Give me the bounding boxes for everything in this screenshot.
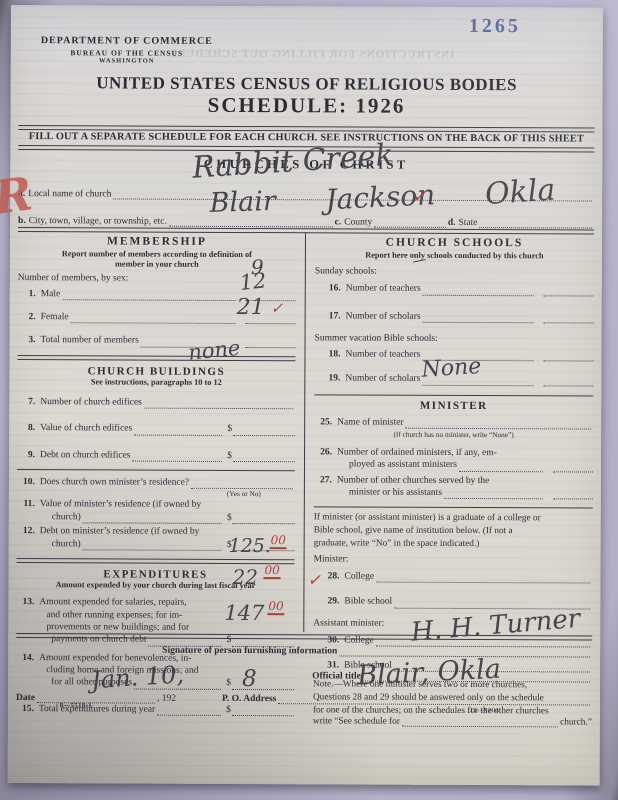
- q18-number: 18.: [322, 348, 340, 360]
- q9-answer-slot: [233, 458, 295, 462]
- q25-line: [406, 425, 592, 430]
- q2-label: Female: [41, 311, 69, 323]
- q11-label-cont: church): [40, 511, 81, 524]
- q26-line: [459, 468, 543, 472]
- question-3-total: 3. Total number of members: [18, 334, 296, 348]
- q28-line: [376, 579, 590, 584]
- q18-line: [422, 357, 533, 361]
- q2-number: 2.: [18, 311, 36, 323]
- q14-answer-slot: [232, 686, 294, 690]
- q13-label: Amount expended for salaries, repairs, a…: [39, 596, 294, 634]
- q26-number: 26.: [314, 446, 332, 458]
- q17-answer-slot: [544, 319, 594, 323]
- date-label: Date: [16, 693, 35, 703]
- q27-label: Number of other churches served by the: [337, 474, 593, 487]
- denomination-heading: CHURCHES OF CHRIST: [10, 156, 602, 174]
- q19-label: Number of scholars: [345, 373, 420, 386]
- q12-dollar: $: [227, 538, 232, 550]
- q15-answer-slot: [232, 712, 294, 716]
- q17-number: 17.: [323, 310, 341, 322]
- q8-number: 8.: [17, 422, 35, 434]
- q26-label-cont: ployed as assistant ministers: [337, 459, 457, 472]
- q15-label: Total expenditures during year: [39, 703, 155, 716]
- q1-number: 1.: [18, 288, 36, 300]
- agency-block: DEPARTMENT OF COMMERCE BUREAU OF THE CEN…: [41, 35, 213, 66]
- field-d-number: d.: [448, 218, 456, 228]
- q19-line: [422, 382, 533, 386]
- agency-city: WASHINGTON: [41, 57, 213, 66]
- note-line: [402, 723, 558, 728]
- q10-label: Does church own minister’s residence?: [40, 476, 189, 489]
- question-16-teachers: 16. Number of teachers: [315, 283, 594, 297]
- q27-answer-slot: [553, 496, 593, 500]
- photo-background: INSTRUCTIONS FOR FILLING OUT SCHEDULE 12…: [0, 0, 618, 800]
- q9-line: [132, 458, 222, 462]
- buildings-subheading: See instructions, paragraphs 10 to 12: [17, 377, 295, 389]
- field-b-label: City, town, village, or township, etc.: [29, 216, 167, 227]
- field-b-line: [169, 223, 333, 228]
- field-a-line: [113, 195, 592, 201]
- membership-subheading: Report number of members according to de…: [18, 249, 296, 271]
- q26-answer-slot: [553, 468, 593, 472]
- expenditures-rule: [17, 558, 295, 564]
- q16-answer-slot: [544, 292, 594, 296]
- q1-line: [62, 296, 235, 301]
- q11-number: 11.: [17, 499, 35, 511]
- agency-department: DEPARTMENT OF COMMERCE: [41, 35, 213, 48]
- year-printed: , 192: [157, 694, 176, 704]
- banner-instruction: FILL OUT A SEPARATE SCHEDULE FOR EACH CH…: [10, 131, 602, 145]
- question-15-total-expenditures: 15. Total expenditures during year $: [16, 703, 294, 717]
- q1-label: Male: [41, 288, 61, 300]
- q27-number: 27.: [314, 474, 332, 486]
- date-line: [37, 699, 155, 704]
- q12-line: [83, 546, 222, 551]
- field-a-label: Local name of church: [28, 189, 111, 199]
- q1-answer-slot: [246, 297, 296, 301]
- q10-number: 10.: [17, 476, 35, 488]
- q11-answer-slot: [233, 520, 295, 524]
- q16-number: 16.: [323, 283, 341, 295]
- q10-hint: (Yes or No): [17, 489, 295, 499]
- banner-rule-bottom: [18, 145, 594, 153]
- q9-dollar: $: [227, 450, 232, 462]
- signature-label: Signature of person furnishing informati…: [162, 646, 337, 657]
- q2-answer-slot: [246, 320, 296, 324]
- q12-label: Debt on minister’s residence (if owned b…: [40, 525, 295, 538]
- q8-answer-slot: [233, 432, 295, 436]
- q8-label: Value of church edifices: [40, 423, 132, 436]
- q11-dollar: $: [227, 512, 232, 524]
- q3-line: [141, 343, 236, 347]
- question-12-residence-debt: 12. Debt on minister’s residence (if own…: [17, 525, 295, 551]
- question-18-teachers: 18. Number of teachers: [314, 348, 593, 362]
- q25-label: Name of minister: [337, 416, 404, 429]
- q27-line: [444, 495, 543, 499]
- form-schedule-title: SCHEDULE: 1926: [11, 92, 603, 120]
- q12-label-cont: church): [40, 538, 81, 551]
- form-number: 8—5518-1: [60, 702, 92, 709]
- q7-line: [144, 405, 293, 410]
- q17-label: Number of scholars: [346, 310, 421, 323]
- official-title-label: Official title: [312, 671, 361, 681]
- minister-rule: [314, 394, 593, 396]
- q7-number: 7.: [17, 396, 35, 408]
- two-column-body: MEMBERSHIP Report number of members acco…: [16, 231, 594, 634]
- q29-line: [394, 604, 590, 609]
- signature-line: [339, 652, 590, 657]
- minister-group-label: Minister:: [314, 554, 593, 565]
- field-local-name: a. Local name of church: [18, 189, 594, 202]
- question-11-residence-value: 11. Value of minister’s residence (if ow…: [17, 499, 295, 525]
- q11-label: Value of minister’s residence (if owned …: [40, 499, 295, 512]
- question-19-scholars: 19. Number of scholars: [314, 373, 593, 387]
- graduate-rule: [314, 507, 593, 509]
- sunday-schools-group: Sunday schools:: [315, 267, 594, 278]
- field-a-number: a.: [18, 189, 25, 199]
- q31-number: 31.: [321, 659, 339, 671]
- schools-subheading: Report here only schools conducted by th…: [315, 250, 594, 262]
- bible-schools-group: Summer vacation Bible schools:: [315, 333, 594, 344]
- census-form-paper: INSTRUCTIONS FOR FILLING OUT SCHEDULE 12…: [8, 5, 603, 786]
- minister-heading: MINISTER: [314, 399, 593, 412]
- field-c-label: County: [344, 217, 372, 227]
- field-c-line: [374, 224, 446, 228]
- right-column: CHURCH SCHOOLS Report here only schools …: [304, 232, 594, 633]
- field-d-line: [479, 224, 592, 228]
- q8-dollar: $: [227, 423, 232, 435]
- q14-line: [134, 685, 221, 689]
- question-10-own-residence: 10. Does church own minister’s residence…: [17, 476, 295, 490]
- question-2-female: 2. Female: [18, 311, 296, 325]
- q28-number: 28.: [321, 570, 339, 582]
- field-b-number: b.: [18, 216, 26, 226]
- question-26-assistant-ministers: 26. Number of ordained ministers, if any…: [314, 446, 593, 472]
- q17-line: [423, 319, 534, 323]
- expenditures-subheading: Amount expended by your church during la…: [16, 580, 294, 592]
- left-column: MEMBERSHIP Report number of members acco…: [16, 231, 306, 632]
- q19-answer-slot: [543, 382, 593, 386]
- q3-answer-slot: [246, 344, 296, 348]
- q28-label: College: [344, 571, 374, 583]
- q12-number: 12.: [17, 525, 35, 537]
- question-7-edifices: 7. Number of church edifices: [17, 396, 295, 410]
- q13-number: 13.: [16, 596, 34, 608]
- note-last-text: write “See schedule for: [313, 716, 400, 726]
- q25-hint: (If church has no minister, write “None”…: [314, 429, 593, 439]
- q18-label: Number of teachers: [345, 349, 420, 362]
- q3-number: 3.: [18, 334, 36, 346]
- question-1-male: 1. Male: [18, 288, 296, 302]
- note-last-line: write “See schedule for church.”: [313, 716, 592, 727]
- field-d-label: State: [458, 218, 477, 228]
- membership-intro: Number of members, by sex:: [18, 273, 296, 284]
- print-code: 11—9204: [470, 707, 499, 714]
- q9-label: Debt on church edifices: [40, 449, 131, 462]
- po-address-label: P. O. Address: [222, 694, 276, 704]
- q19-number: 19.: [322, 373, 340, 385]
- q9-number: 9.: [17, 449, 35, 461]
- q18-answer-slot: [543, 358, 593, 362]
- schools-heading: CHURCH SCHOOLS: [315, 236, 594, 249]
- q2-line: [71, 320, 236, 325]
- question-25-minister-name: 25. Name of minister: [314, 416, 593, 430]
- question-29-bible-school: 29. Bible school: [313, 596, 592, 610]
- q26-label: Number of ordained ministers, if any, em…: [337, 447, 593, 460]
- graduate-paragraph: If minister (or assistant minister) is a…: [314, 512, 593, 551]
- q16-line: [423, 292, 534, 296]
- field-c-number: c.: [335, 217, 342, 227]
- membership-heading: MEMBERSHIP: [18, 235, 296, 248]
- q8-line: [134, 431, 222, 435]
- q7-label: Number of church edifices: [40, 396, 142, 409]
- q25-number: 25.: [314, 416, 332, 428]
- question-13-running-expenses: 13. Amount expended for salaries, repair…: [16, 596, 294, 647]
- question-27-other-churches: 27. Number of other churches served by t…: [314, 474, 593, 500]
- q15-number: 15.: [16, 703, 34, 715]
- q16-label: Number of teachers: [346, 283, 421, 296]
- residence-rule: [17, 469, 295, 471]
- buildings-rule: [17, 355, 295, 361]
- q15-line: [157, 712, 221, 716]
- question-28-college: 28. College: [313, 570, 592, 584]
- q3-label: Total number of members: [41, 335, 139, 348]
- q29-number: 29.: [321, 596, 339, 608]
- q12-answer-slot: [233, 547, 295, 551]
- note-end-text: church.”: [560, 718, 592, 728]
- question-8-value: 8. Value of church edifices $: [17, 422, 295, 436]
- q29-label: Bible school: [344, 596, 392, 609]
- q15-dollar: $: [226, 704, 231, 716]
- q27-label-cont: minister or his assistants: [337, 487, 442, 500]
- q31-label: Bible school: [344, 660, 392, 673]
- q11-line: [83, 519, 222, 524]
- assistant-group-label: Assistant minister:: [313, 618, 592, 629]
- question-9-debt: 9. Debt on church edifices $: [17, 449, 295, 463]
- question-17-scholars: 17. Number of scholars: [315, 310, 594, 324]
- serial-stamp: 1265: [469, 15, 521, 38]
